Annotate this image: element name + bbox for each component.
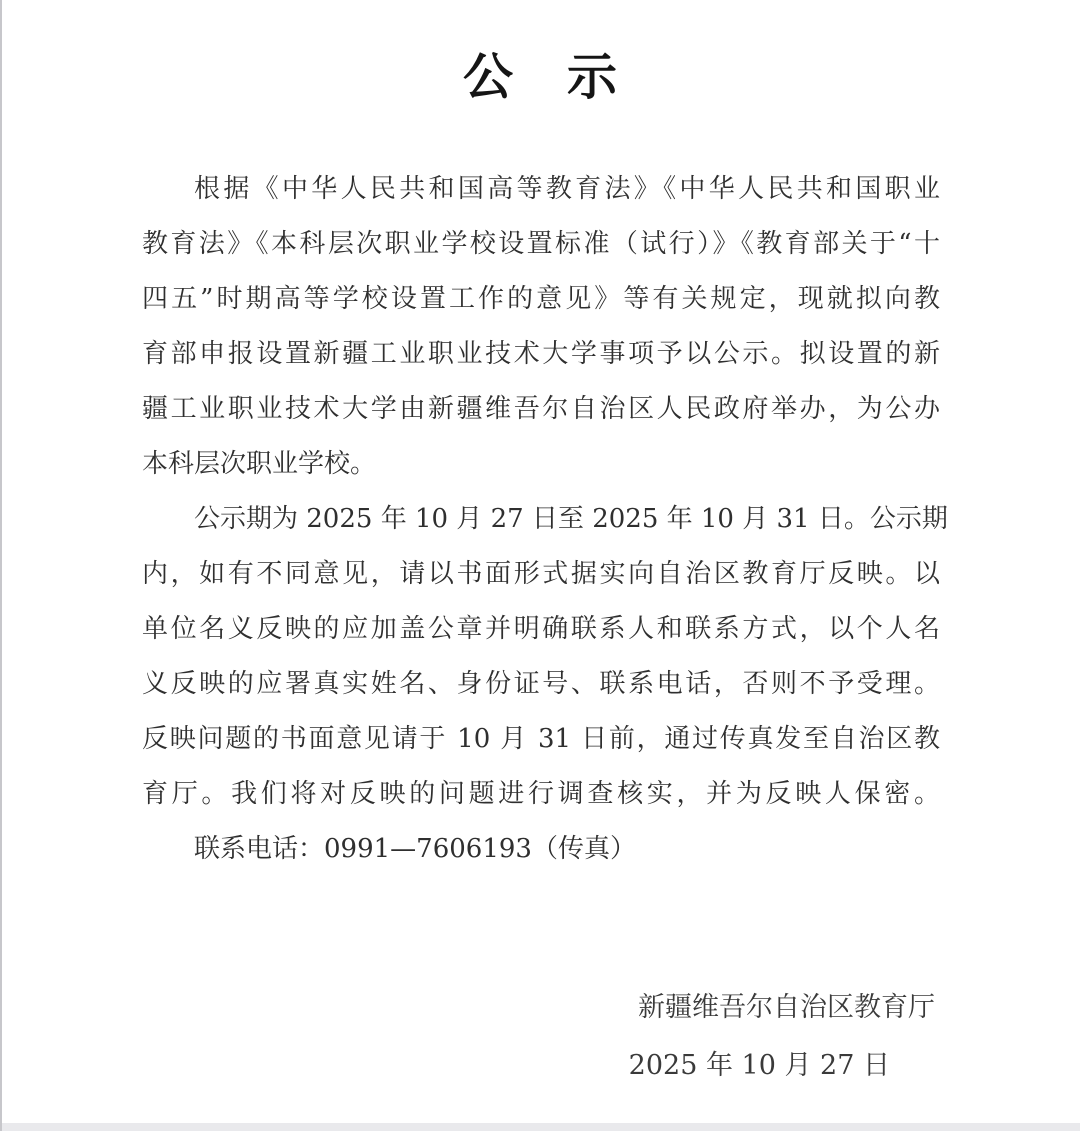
body-line: 单位名义反映的应加盖公章并明确联系人和联系方式，以个人名 (142, 602, 940, 657)
signature-block: 新疆维吾尔自治区教育厅 2025 年 10 月 27 日 (2, 980, 1080, 1093)
body-line: 义反映的应署真实姓名、身份证号、联系电话，否则不予受理。 (142, 657, 940, 712)
body-line: 四五”时期高等学校设置工作的意见》等有关规定，现就拟向教 (142, 272, 940, 327)
body-line: 教育法》《本科层次职业学校设置标准（试行）》《教育部关于“十 (142, 217, 940, 272)
body-line: 疆工业职业技术大学由新疆维吾尔自治区人民政府举办，为公办 (142, 382, 940, 437)
body-line: 公示期为 2025 年 10 月 27 日至 2025 年 10 月 31 日。… (142, 492, 940, 547)
contact-phone-line: 联系电话：0991—7606193（传真） (142, 822, 940, 877)
body-line: 根据《中华人民共和国高等教育法》《中华人民共和国职业 (142, 162, 940, 217)
body-line: 反映问题的书面意见请于 10 月 31 日前，通过传真发至自治区教 (142, 712, 940, 767)
body-line: 育厅。我们将对反映的问题进行调查核实，并为反映人保密。 (142, 767, 940, 822)
body-line: 育部申报设置新疆工业职业技术大学事项予以公示。拟设置的新 (142, 327, 940, 382)
notice-document: 公 示 根据《中华人民共和国高等教育法》《中华人民共和国职业 教育法》《本科层次… (0, 0, 1080, 1131)
body-line: 内，如有不同意见，请以书面形式据实向自治区教育厅反映。以 (142, 547, 940, 602)
notice-body: 根据《中华人民共和国高等教育法》《中华人民共和国职业 教育法》《本科层次职业学校… (142, 162, 940, 877)
signature-org: 新疆维吾尔自治区教育厅 (2, 980, 1080, 1035)
signature-date: 2025 年 10 月 27 日 (2, 1038, 1080, 1093)
notice-title: 公 示 (2, 42, 1080, 112)
scan-edge-bottom (2, 1123, 1080, 1131)
body-line: 本科层次职业学校。 (142, 437, 940, 492)
